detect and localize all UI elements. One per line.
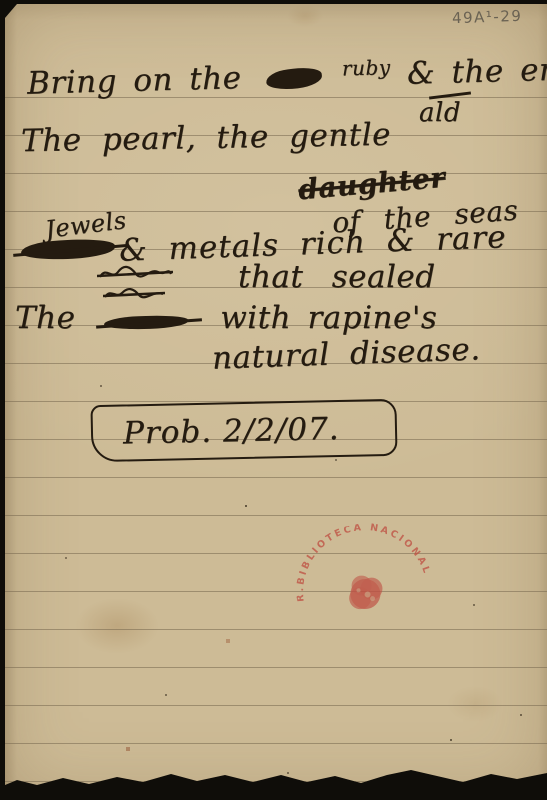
poem-line-1-end: & the emer- — [407, 50, 547, 91]
struck-word-scribble-1 — [97, 262, 173, 284]
poem-line-5: The with rapine's — [15, 300, 437, 336]
library-stamp: R.BIBLIOTECA NACIONAL — [284, 511, 445, 672]
stamp-emblem — [345, 572, 386, 613]
ink-blot-struck-word — [21, 238, 116, 262]
archive-code: 49A¹-29 — [452, 7, 523, 27]
manuscript-scan: 49A¹-29 Bring on the ruby & the emer- al… — [0, 0, 547, 800]
poem-line-1-start: Bring on the — [27, 60, 242, 102]
date-annotation-box: Prob. 2/2/07. — [90, 399, 397, 462]
poem-line-2: The pearl, the gentle — [21, 117, 392, 159]
poem-line-6: natural disease. — [211, 331, 481, 376]
poem-line-5-start: The — [15, 300, 76, 336]
poem-line-1-continuation: ald — [419, 98, 461, 128]
ruled-notepaper: 49A¹-29 Bring on the ruby & the emer- al… — [5, 4, 547, 796]
inserted-word-ruby: ruby — [342, 55, 391, 80]
poem-line-4: that sealed — [238, 259, 436, 295]
poem-line-5-end: with rapine's — [220, 300, 437, 336]
paper-specks — [5, 4, 7, 6]
ink-blot-struck-word-2 — [104, 315, 188, 331]
ink-blot-deleted-word — [265, 66, 323, 92]
inserted-word-jewels: Jewels — [44, 206, 128, 244]
date-annotation: Prob. 2/2/07. — [123, 411, 340, 452]
